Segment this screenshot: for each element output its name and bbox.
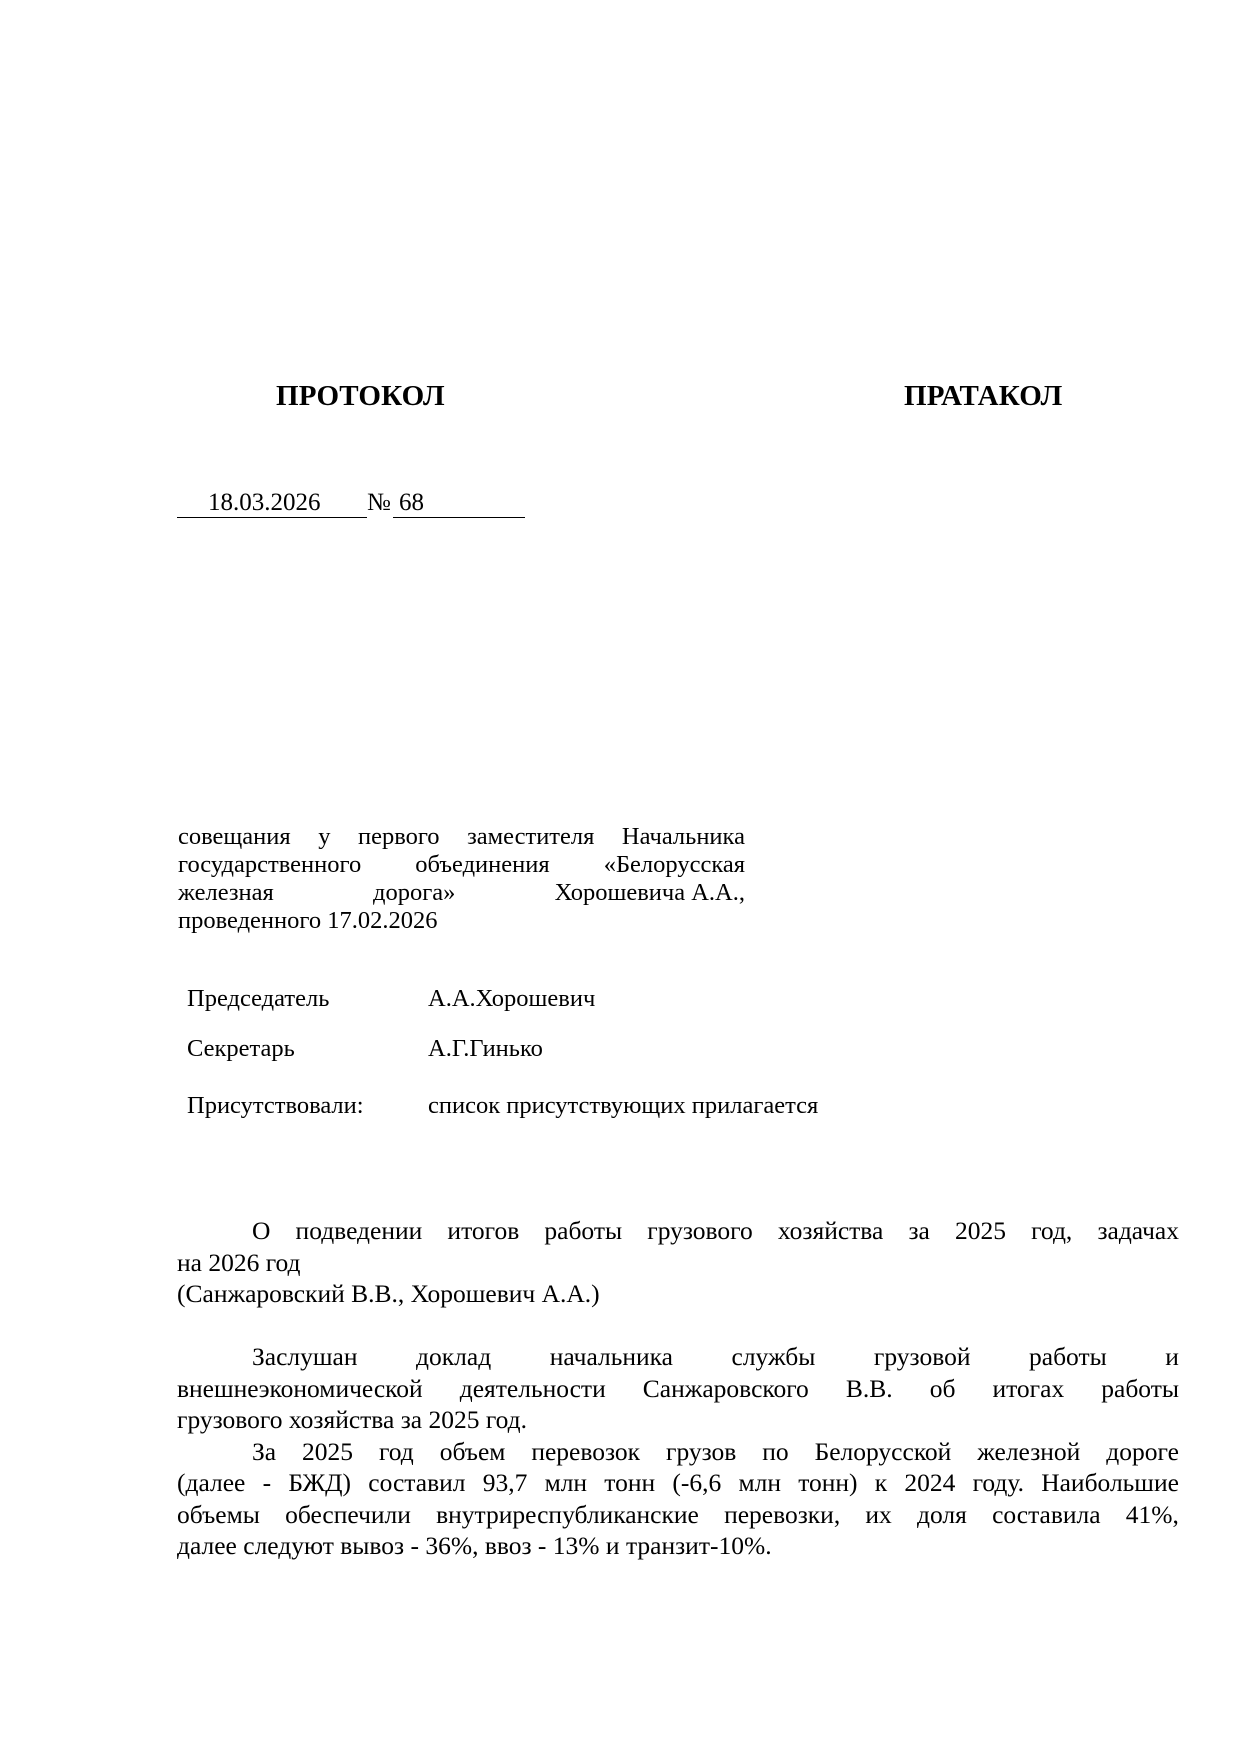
word: деятельности xyxy=(460,1373,606,1405)
word: службы xyxy=(732,1341,816,1373)
agenda-line-1: О подведении итогов работы грузового хоз… xyxy=(177,1215,1179,1247)
word: объемы xyxy=(177,1499,260,1531)
body-line: объемы обеспечили внутриреспубликанские … xyxy=(177,1499,1179,1531)
word: «Белорусская xyxy=(604,851,745,879)
word: первого xyxy=(358,823,440,851)
word: Наибольшие xyxy=(1041,1467,1179,1499)
word: итогов xyxy=(447,1215,519,1247)
word: Начальника xyxy=(622,823,745,851)
word: Санжаровского xyxy=(643,1373,809,1405)
agenda-item: О подведении итогов работы грузового хоз… xyxy=(177,1215,1179,1310)
word: за xyxy=(908,1215,929,1247)
word: Заслушан xyxy=(252,1341,358,1373)
word: работы xyxy=(1101,1373,1179,1405)
subject-line-3: железная дорога» Хорошевича А.А., xyxy=(178,879,745,907)
word: железная xyxy=(178,879,274,907)
word: работы xyxy=(1029,1341,1107,1373)
document-page: ПРОТОКОЛ ПРАТАКОЛ 18.03.2026№68 совещани… xyxy=(0,0,1240,1755)
word: итогах xyxy=(992,1373,1064,1405)
word: начальника xyxy=(550,1341,673,1373)
date-number-line: 18.03.2026№68 xyxy=(177,489,525,518)
chairman-name: А.А.Хорошевич xyxy=(428,985,595,1013)
word: дорога» xyxy=(373,879,455,907)
word: доля xyxy=(917,1499,967,1531)
body-line: грузового хозяйства за 2025 год. xyxy=(177,1404,1179,1436)
word: об xyxy=(930,1373,956,1405)
body-line: внешнеэкономической деятельности Санжаро… xyxy=(177,1373,1179,1405)
word: подведении xyxy=(296,1215,423,1247)
word: (-6,6 xyxy=(672,1467,721,1499)
word: работы xyxy=(544,1215,622,1247)
report-body: Заслушан доклад начальника службы грузов… xyxy=(177,1341,1179,1562)
word: тонн xyxy=(604,1467,655,1499)
word: году. xyxy=(973,1467,1024,1499)
word: млн xyxy=(738,1467,781,1499)
word: В.В. xyxy=(846,1373,893,1405)
word: объединения xyxy=(415,851,549,879)
subject-line-1: совещания у первого заместителя Начальни… xyxy=(178,823,745,851)
heading-russian: ПРОТОКОЛ xyxy=(276,382,445,411)
agenda-line-2: на 2026 год xyxy=(177,1247,1179,1279)
word: заместителя xyxy=(467,823,594,851)
protocol-date: 18.03.2026 xyxy=(208,489,321,517)
chairman-label: Председатель xyxy=(187,985,329,1013)
word: по xyxy=(762,1436,788,1468)
word: Белорусской xyxy=(815,1436,952,1468)
protocol-number: 68 xyxy=(399,489,424,517)
word: хозяйства xyxy=(778,1215,883,1247)
word: тонн) xyxy=(798,1467,857,1499)
meeting-subject: совещания у первого заместителя Начальни… xyxy=(178,823,745,935)
word: железной xyxy=(977,1436,1080,1468)
word: внешнеэкономической xyxy=(177,1373,423,1405)
number-sign: № xyxy=(367,489,393,517)
word: - xyxy=(263,1467,272,1499)
subject-line-4: проведенного 17.02.2026 xyxy=(178,907,745,935)
word: перевозок xyxy=(531,1436,640,1468)
present-value: список присутствующих прилагается xyxy=(428,1092,818,1120)
word: задачах xyxy=(1097,1215,1179,1247)
word: год, xyxy=(1031,1215,1072,1247)
word: (далее xyxy=(177,1467,245,1499)
word: государственного xyxy=(178,851,361,879)
word: грузов xyxy=(666,1436,736,1468)
heading-belarusian: ПРАТАКОЛ xyxy=(904,382,1062,411)
secretary-label: Секретарь xyxy=(187,1035,295,1063)
word: перевозки, xyxy=(724,1499,840,1531)
word: За xyxy=(252,1436,276,1468)
word: совещания xyxy=(178,823,291,851)
word: грузового xyxy=(647,1215,753,1247)
present-label: Присутствовали: xyxy=(187,1092,364,1120)
body-line: Заслушан доклад начальника службы грузов… xyxy=(177,1341,1179,1373)
body-line: За 2025 год объем перевозок грузов по Бе… xyxy=(177,1436,1179,1468)
word: грузовой xyxy=(874,1341,971,1373)
number-field: 68 xyxy=(393,489,525,518)
word: составил xyxy=(368,1467,465,1499)
secretary-name: А.Г.Гинько xyxy=(428,1035,543,1063)
subject-line-2: государственного объединения «Белорусска… xyxy=(178,851,745,879)
word: 2025 xyxy=(302,1436,353,1468)
word: 2024 xyxy=(904,1467,955,1499)
word: их xyxy=(865,1499,891,1531)
word: год xyxy=(379,1436,414,1468)
word: доклад xyxy=(416,1341,491,1373)
word: млн xyxy=(545,1467,588,1499)
word: обеспечили xyxy=(285,1499,411,1531)
word: внутриреспубликанские xyxy=(436,1499,699,1531)
body-line: (далее - БЖД) составил 93,7 млн тонн (-6… xyxy=(177,1467,1179,1499)
word: у xyxy=(318,823,330,851)
body-line: далее следуют вывоз - 36%, ввоз - 13% и … xyxy=(177,1530,1179,1562)
word: составила xyxy=(992,1499,1101,1531)
word: 2025 xyxy=(955,1215,1006,1247)
word: 93,7 xyxy=(483,1467,528,1499)
word: О xyxy=(252,1215,270,1247)
word: и xyxy=(1165,1341,1179,1373)
word: дороге xyxy=(1106,1436,1179,1468)
date-field: 18.03.2026 xyxy=(177,489,367,518)
agenda-speakers: (Санжаровский В.В., Хорошевич А.А.) xyxy=(177,1278,1179,1310)
word: объем xyxy=(440,1436,506,1468)
word: БЖД) xyxy=(288,1467,351,1499)
word: Хорошевича А.А., xyxy=(555,879,745,907)
word: 41%, xyxy=(1126,1499,1179,1531)
word: к xyxy=(875,1467,887,1499)
